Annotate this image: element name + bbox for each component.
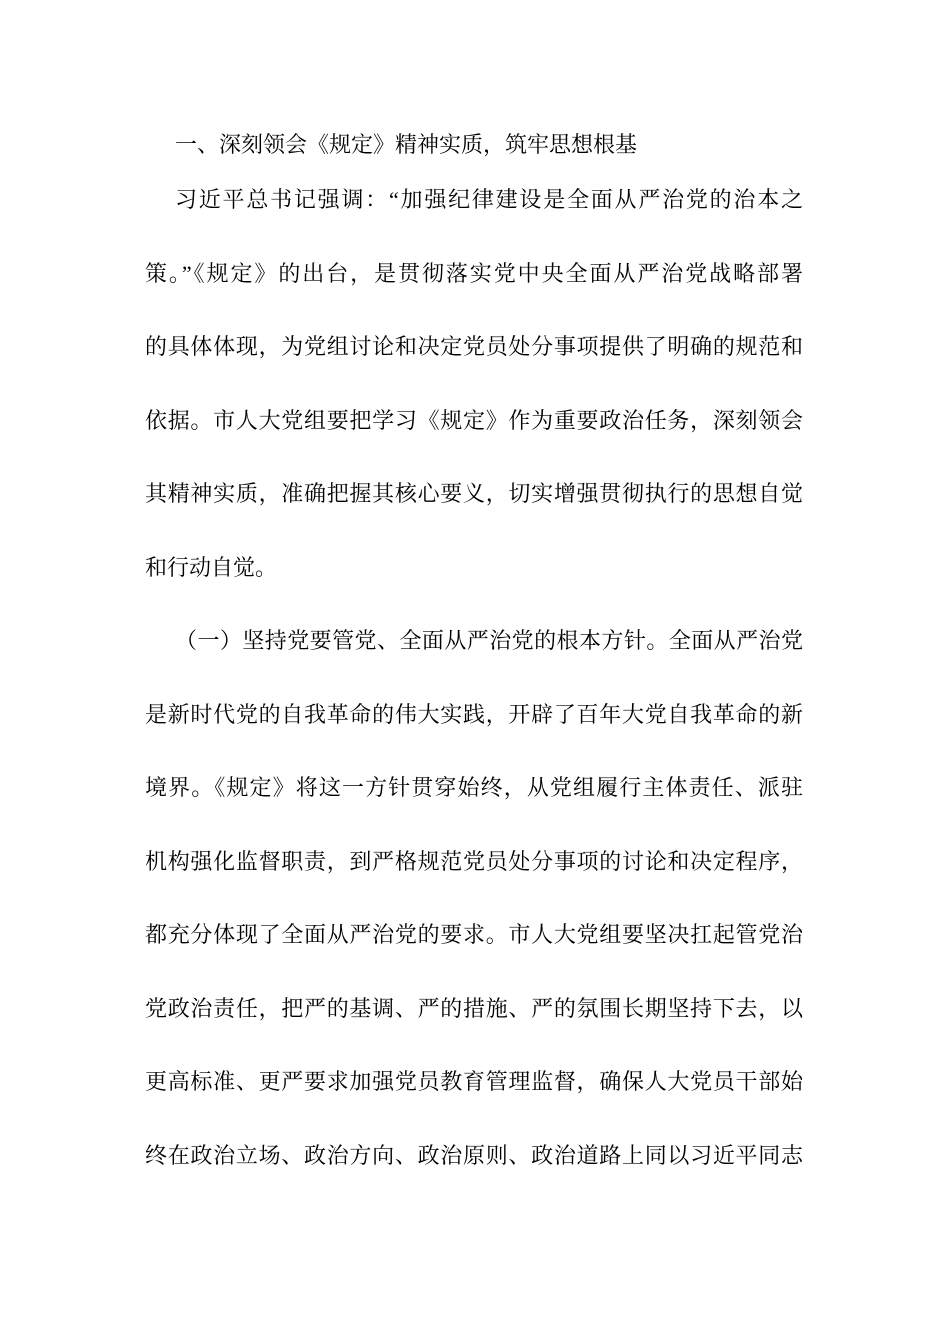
text-line: 的具体体现，为党组讨论和决定党员处分事项提供了明确的规范和 [145,310,803,384]
text-line: 境界。《规定》将这一方针贯穿始终，从党组履行主体责任、派驻 [145,751,803,825]
document-page: 一、深刻领会《规定》精神实质，筑牢思想根基 习近平总书记强调：“加强纪律建设是全… [0,0,950,1344]
text-line: 更高标准、更严要求加强党员教育管理监督，确保人大党员干部始 [145,1045,803,1119]
text-line: 依据。市人大党组要把学习《规定》作为重要政治任务，深刻领会 [145,384,803,458]
text-line: 党政治责任，把严的基调、严的措施、严的氛围长期坚持下去，以 [145,972,803,1046]
text-line: 习近平总书记强调：“加强纪律建设是全面从严治党的治本之 [145,163,803,237]
section-heading: 一、深刻领会《规定》精神实质，筑牢思想根基 [145,121,803,169]
text-line: （一）坚持党要管党、全面从严治党的根本方针。全面从严治党 [145,604,803,678]
text-line: 都充分体现了全面从严治党的要求。市人大党组要坚决扛起管党治 [145,898,803,972]
text-line: 是新时代党的自我革命的伟大实践，开辟了百年大党自我革命的新 [145,678,803,752]
text-line: 其精神实质，准确把握其核心要义，切实增强贯彻执行的思想自觉 [145,457,803,531]
text-line: 策。”《规定》的出台，是贯彻落实党中央全面从严治党战略部署 [145,237,803,311]
text-line: 终在政治立场、政治方向、政治原则、政治道路上同以习近平同志 [145,1119,803,1193]
document-body: 习近平总书记强调：“加强纪律建设是全面从严治党的治本之 策。”《规定》的出台，是… [145,163,803,1192]
text-line: 机构强化监督职责，到严格规范党员处分事项的讨论和决定程序， [145,825,803,899]
text-line: 和行动自觉。 [145,531,803,605]
